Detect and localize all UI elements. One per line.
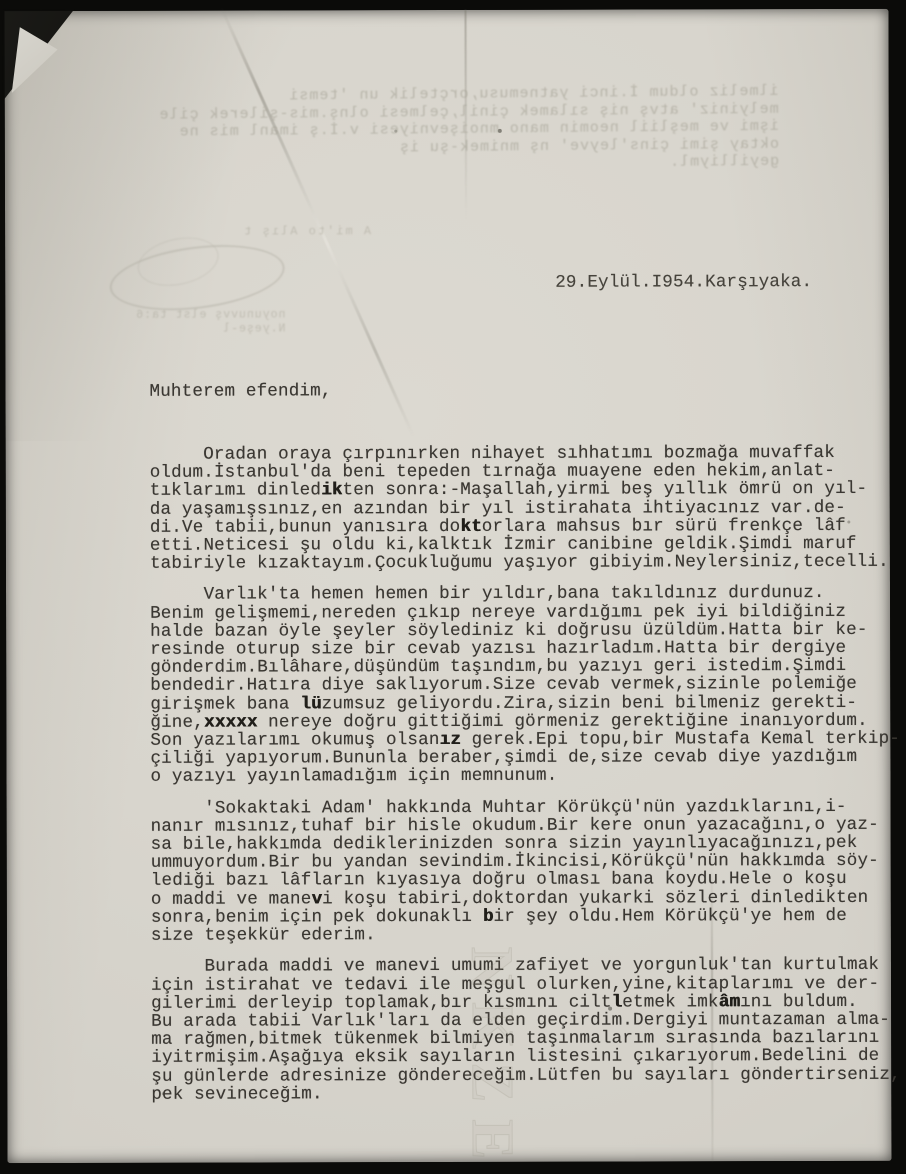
letter-body: Muhterem efendim, Oradan oraya çırpınırk…: [149, 345, 891, 1140]
letter-text: ğine,: [150, 712, 204, 732]
bleedthrough-text: ilmeliz oldum İ.inci yatnemusu,orçtelik …: [100, 83, 779, 177]
overstrike-text: b: [483, 907, 494, 927]
overstrike-text: v: [311, 889, 322, 909]
letter-line: pek sevineceğim.: [151, 1084, 891, 1104]
dust-specks: [4, 11, 6, 13]
letter-text: tıklarımı dinled: [150, 481, 321, 501]
letter-paragraph: Oradan oraya çırpınırken nihayet sıhhatı…: [150, 444, 890, 573]
letter-paper: ilmeliz oldum İ.inci yatnemusu,orçtelik …: [4, 9, 891, 1163]
letter-line: o yazıyı yayınlamadığım için memnunum.: [150, 766, 890, 786]
faint-stamp: A mi'to Alış t noyunuvvş elst ta:6N.yeşe…: [91, 224, 371, 345]
dateline: 29.Eylül.I954.Karşıyaka.: [555, 272, 812, 293]
paragraphs-container: Oradan oraya çırpınırken nihayet sıhhatı…: [150, 444, 892, 1104]
letter-paragraph: Burada maddi ve manevi umumi zafiyet ve …: [151, 956, 891, 1104]
stamp-line: N.yeşe-l: [135, 322, 285, 336]
stamp-heading-text: A mi'to Alış t: [91, 224, 371, 239]
letter-text: ir şey oldu.Hem Körükçü'ye hem de: [494, 906, 847, 927]
letter-line: çiliği yapıyorum.Bununla beraber,şimdi d…: [150, 748, 890, 768]
letter-line: şu günlerde adresinize göndereceğim.Lütf…: [151, 1065, 891, 1085]
letter-text: ını buldum.: [740, 992, 858, 1012]
overstrike-text: l: [612, 992, 623, 1012]
letter-paragraph: Varlık'ta hemen hemen bir yıldır,bana ta…: [150, 584, 891, 786]
letter-line: size teşekkür ederim.: [151, 925, 891, 945]
letter-text: etmek imk: [622, 992, 718, 1012]
stamp-address-text: noyunuvvş elst ta:6N.yeşe-l: [135, 308, 285, 336]
scanner-backdrop: { "colors": { "backdrop": "#0b0b09", "pa…: [0, 0, 906, 1174]
overstrike-text: kt: [460, 517, 481, 537]
overstrike-text: lü: [300, 694, 321, 714]
overstrike-text: ız: [440, 730, 461, 750]
letter-paragraph: 'Sokaktaki Adam' hakkında Muhtar Körükçü…: [151, 798, 891, 946]
overstrike-text: ik: [321, 481, 342, 501]
letter-line: sonra,benim için pek dokunaklı bir şey o…: [151, 907, 891, 927]
scanned-letter-page: ilmeliz oldum İ.inci yatnemusu,orçtelik …: [0, 0, 906, 1174]
salutation: Muhterem efendim,: [149, 381, 889, 401]
overstrike-text: âm: [719, 992, 740, 1012]
stamp-line: noyunuvvş elst ta:6: [135, 308, 285, 322]
overstrike-text: xxxxx: [204, 712, 258, 732]
letter-line: tabiriyle kızaktayım.Çocukluğumu yaşıyor…: [150, 553, 890, 573]
